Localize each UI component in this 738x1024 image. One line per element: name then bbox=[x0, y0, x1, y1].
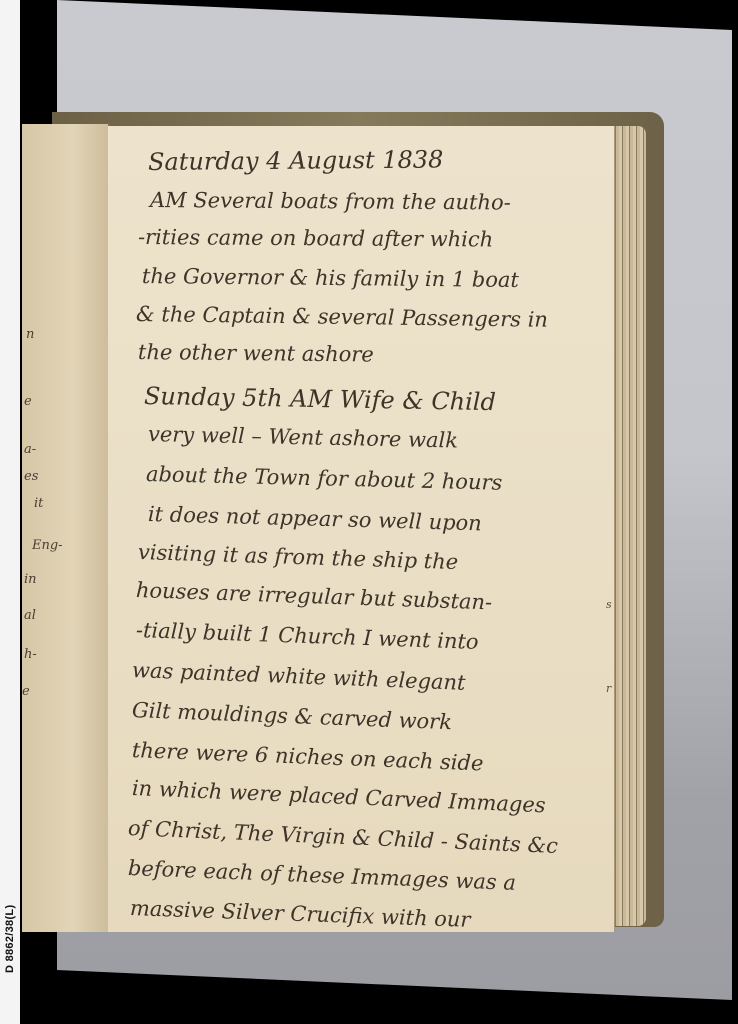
left-margin-fragment: al bbox=[24, 608, 36, 623]
left-margin-fragment: a- bbox=[24, 442, 36, 457]
manuscript-line: of Christ, The Virgin & Child - Saints &… bbox=[127, 816, 558, 858]
manuscript-line: the Governor & his family in 1 boat bbox=[142, 264, 519, 292]
left-margin-fragment: Eng- bbox=[32, 538, 63, 553]
left-margin-fragment: it bbox=[34, 496, 43, 511]
manuscript-line: houses are irregular but substan- bbox=[136, 578, 493, 614]
left-page: n e a- es it Eng- in al h- e bbox=[22, 124, 110, 932]
manuscript-line: AM Several boats from the autho- bbox=[150, 188, 511, 215]
left-margin-fragment: e bbox=[24, 394, 32, 409]
right-page: Saturday 4 August 1838 AM Several boats … bbox=[108, 126, 615, 932]
right-margin-mark: r bbox=[606, 682, 611, 695]
manuscript-line: -tially built 1 Church I went into bbox=[136, 618, 479, 654]
left-margin-fragment: in bbox=[24, 572, 37, 587]
left-margin-fragment: h- bbox=[24, 647, 37, 662]
manuscript-line: in which were placed Carved Immages bbox=[131, 776, 546, 817]
manuscript-line: & the Captain & several Passengers in bbox=[136, 302, 548, 332]
manuscript-line: Gilt mouldings & carved work bbox=[132, 698, 453, 734]
manuscript-line: very well – Went ashore walk bbox=[148, 422, 458, 452]
manuscript-line: about the Town for about 2 hours bbox=[146, 462, 503, 495]
right-margin-mark: s bbox=[606, 598, 612, 611]
left-margin-fragment: e bbox=[22, 684, 30, 699]
diary-book: n e a- es it Eng- in al h- e Saturday 4 … bbox=[22, 112, 662, 940]
manuscript-line: the other went ashore bbox=[138, 340, 374, 366]
manuscript-line: -rities came on board after which bbox=[138, 225, 493, 251]
call-number: D 8862/38(L) bbox=[2, 874, 18, 1004]
manuscript-line: it does not appear so well upon bbox=[148, 502, 482, 535]
manuscript-line: there were 6 niches on each side bbox=[132, 738, 484, 775]
manuscript-line: visiting it as from the ship the bbox=[138, 540, 459, 574]
entry-heading-sunday: Sunday 5th AM Wife & Child bbox=[144, 382, 496, 416]
catalog-label-strip: D 8862/38(L) bbox=[0, 0, 20, 1024]
manuscript-line: massive Silver Crucifix with our bbox=[130, 896, 471, 932]
left-margin-fragment: es bbox=[24, 469, 38, 484]
page-edges bbox=[612, 126, 646, 926]
left-margin-fragment: n bbox=[26, 327, 34, 342]
manuscript-line: before each of these Immages was a bbox=[128, 856, 517, 895]
manuscript-line: was painted white with elegant bbox=[132, 658, 466, 695]
entry-heading-saturday: Saturday 4 August 1838 bbox=[148, 145, 444, 176]
